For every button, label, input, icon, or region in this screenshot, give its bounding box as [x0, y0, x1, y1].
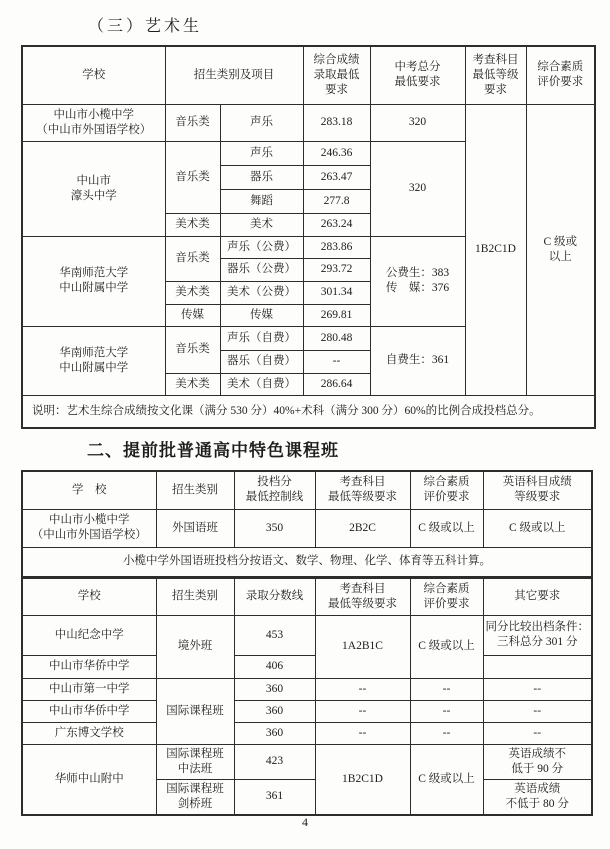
subject-grade-cell: 1B2C1D — [465, 104, 526, 395]
column-header: 中考总分 最低要求 — [370, 46, 465, 104]
school-cell: 华师中山附中 — [22, 744, 156, 815]
subject-grade-cell: 1B2C1D — [315, 744, 410, 815]
subject-grade-cell: -- — [315, 678, 410, 700]
min-total-cell: 320 — [370, 141, 465, 236]
score-cell: 286.64 — [303, 373, 370, 395]
school-cell: 广东博文学校 — [22, 722, 156, 744]
score-cell: 283.18 — [303, 104, 370, 141]
program-cell: 美术 — [220, 213, 303, 236]
table-header-row: 学校 招生类别 录取分数线 考查科目 最低等级要求 综合素质 评价要求 其它要求 — [22, 578, 592, 615]
international-class-table: 学校 招生类别 录取分数线 考查科目 最低等级要求 综合素质 评价要求 其它要求… — [21, 577, 593, 816]
foreign-language-class-table: 学 校 招生类别 投档分 最低控制线 考查科目 最低等级要求 综合素质 评价要求… — [21, 470, 593, 578]
table-header-row: 学校 招生类别及项目 综合成绩 录取最低 要求 中考总分 最低要求 考查科目 最… — [22, 46, 595, 104]
column-header: 其它要求 — [483, 578, 592, 615]
score-cell: 263.24 — [303, 213, 370, 236]
other-requirement-cell: 英语成绩不 低于 90 分 — [483, 744, 592, 779]
category-cell: 传媒 — [165, 304, 220, 326]
other-requirement-cell: 同分比较出档条件： 三科总分 301 分 — [483, 615, 592, 655]
min-total-cell: 320 — [370, 104, 465, 141]
column-header: 录取分数线 — [234, 578, 315, 615]
quality-eval-cell: -- — [410, 700, 483, 722]
program-cell: 器乐（公费） — [220, 258, 303, 281]
column-header: 综合成绩 录取最低 要求 — [303, 46, 370, 104]
program-cell: 器乐（自费） — [220, 350, 303, 373]
school-cell: 华南师范大学 中山附属中学 — [22, 236, 165, 326]
score-cell: 269.81 — [303, 304, 370, 326]
category-cell: 音乐类 — [165, 326, 220, 373]
score-cell: -- — [303, 350, 370, 373]
score-cell: 293.72 — [303, 258, 370, 281]
school-cell: 中山纪念中学 — [22, 615, 156, 655]
score-cell: 360 — [234, 722, 315, 744]
quality-eval-cell: C 级或以上 — [410, 509, 483, 547]
other-requirement-cell — [483, 655, 592, 678]
table-header-row: 学 校 招生类别 投档分 最低控制线 考查科目 最低等级要求 综合素质 评价要求… — [22, 471, 592, 509]
table-row: 中山市第一中学 国际课程班 360 -- -- -- — [22, 678, 592, 700]
score-cell: 350 — [234, 509, 315, 547]
column-header: 考查科目 最低等级 要求 — [465, 46, 526, 104]
program-cell: 声乐 — [220, 104, 303, 141]
program-cell: 声乐 — [220, 141, 303, 165]
column-header: 学校 — [22, 46, 165, 104]
category-cell: 音乐类 — [165, 104, 220, 141]
school-cell: 中山市小榄中学 （中山市外国语学校） — [22, 509, 156, 547]
table-row: 中山市华侨中学 360 -- -- -- — [22, 700, 592, 722]
document-page: （三）艺术生 学校 招生类别及项目 综合成绩 录取最低 要求 中考总分 最低要求… — [0, 0, 610, 849]
table-row: 中山纪念中学 境外班 453 1A2B1C C 级或以上 同分比较出档条件： 三… — [22, 615, 592, 655]
other-requirement-cell: -- — [483, 678, 592, 700]
school-cell: 中山市华侨中学 — [22, 700, 156, 722]
section-title-art-students: （三）艺术生 — [88, 13, 202, 36]
column-header: 综合素质 评价要求 — [526, 46, 595, 104]
program-cell: 舞蹈 — [220, 189, 303, 213]
column-header: 英语科目成绩 等级要求 — [483, 471, 592, 509]
score-cell: 283.86 — [303, 236, 370, 258]
category-cell: 国际课程班 剑桥班 — [156, 779, 234, 815]
category-cell: 音乐类 — [165, 141, 220, 213]
english-grade-cell: C 级或以上 — [483, 509, 592, 547]
table-note: 说明：艺术生综合成绩按文化课（满分 530 分）40%+术科（满分 300 分）… — [22, 395, 595, 428]
column-header: 考查科目 最低等级要求 — [315, 578, 410, 615]
school-cell: 中山市华侨中学 — [22, 655, 156, 678]
score-cell: 406 — [234, 655, 315, 678]
column-header: 招生类别 — [156, 578, 234, 615]
column-header: 招生类别及项目 — [165, 46, 303, 104]
program-cell: 美术（公费） — [220, 281, 303, 304]
table-row: 中山市小榄中学 （中山市外国语学校） 外国语班 350 2B2C C 级或以上 … — [22, 509, 592, 547]
quality-eval-cell: C 级或以上 — [410, 744, 483, 815]
subject-grade-cell: 2B2C — [315, 509, 410, 547]
column-header: 综合素质 评价要求 — [410, 471, 483, 509]
quality-eval-cell: -- — [410, 678, 483, 700]
category-cell: 美术类 — [165, 213, 220, 236]
program-cell: 传媒 — [220, 304, 303, 326]
score-cell: 280.48 — [303, 326, 370, 350]
table-note-row: 说明：艺术生综合成绩按文化课（满分 530 分）40%+术科（满分 300 分）… — [22, 395, 595, 428]
school-cell: 中山市小榄中学 （中山市外国语学校） — [22, 104, 165, 141]
art-students-table: 学校 招生类别及项目 综合成绩 录取最低 要求 中考总分 最低要求 考查科目 最… — [21, 45, 596, 429]
table-note-row: 小榄中学外国语班投档分按语文、数学、物理、化学、体育等五科计算。 — [22, 547, 592, 577]
table-row: 广东博文学校 360 -- -- -- — [22, 722, 592, 744]
program-cell: 声乐（公费） — [220, 236, 303, 258]
category-cell: 美术类 — [165, 373, 220, 395]
category-cell: 音乐类 — [165, 236, 220, 281]
subject-grade-cell: -- — [315, 722, 410, 744]
table-row: 华师中山附中 国际课程班 中法班 423 1B2C1D C 级或以上 英语成绩不… — [22, 744, 592, 779]
table-row: 中山市小榄中学 （中山市外国语学校） 音乐类 声乐 283.18 320 1B2… — [22, 104, 595, 141]
column-header: 投档分 最低控制线 — [234, 471, 315, 509]
score-cell: 453 — [234, 615, 315, 655]
section-title-special-programs: 二、提前批普通高中特色课程班 — [87, 436, 339, 461]
column-header: 学校 — [22, 578, 156, 615]
quality-eval-cell: C 级或 以上 — [526, 104, 595, 395]
score-cell: 246.36 — [303, 141, 370, 165]
school-cell: 华南师范大学 中山附属中学 — [22, 326, 165, 395]
score-cell: 301.34 — [303, 281, 370, 304]
score-cell: 360 — [234, 700, 315, 722]
program-cell: 美术（自费） — [220, 373, 303, 395]
category-cell: 美术类 — [165, 281, 220, 304]
quality-eval-cell: C 级或以上 — [410, 615, 483, 678]
quality-eval-cell: -- — [410, 722, 483, 744]
score-cell: 423 — [234, 744, 315, 779]
score-cell: 360 — [234, 678, 315, 700]
other-requirement-cell: 英语成绩 不低于 80 分 — [483, 779, 592, 815]
category-cell: 国际课程班 — [156, 678, 234, 744]
column-header: 综合素质 评价要求 — [410, 578, 483, 615]
table-note: 小榄中学外国语班投档分按语文、数学、物理、化学、体育等五科计算。 — [22, 547, 592, 577]
other-requirement-cell: -- — [483, 722, 592, 744]
category-cell: 国际课程班 中法班 — [156, 744, 234, 779]
category-cell: 境外班 — [156, 615, 234, 678]
table-row: 中山市华侨中学 406 — [22, 655, 592, 678]
other-requirement-cell: -- — [483, 700, 592, 722]
category-cell: 外国语班 — [156, 509, 234, 547]
special-programs-tables: 学 校 招生类别 投档分 最低控制线 考查科目 最低等级要求 综合素质 评价要求… — [21, 470, 591, 816]
program-cell: 器乐 — [220, 165, 303, 189]
page-number: 4 — [0, 815, 610, 830]
subject-grade-cell: -- — [315, 700, 410, 722]
column-header: 学 校 — [22, 471, 156, 509]
score-cell: 277.8 — [303, 189, 370, 213]
score-cell: 263.47 — [303, 165, 370, 189]
column-header: 招生类别 — [156, 471, 234, 509]
column-header: 考查科目 最低等级要求 — [315, 471, 410, 509]
min-total-cell: 公费生：383 传 媒：376 — [370, 236, 465, 326]
min-total-cell: 自费生：361 — [370, 326, 465, 395]
school-cell: 中山市第一中学 — [22, 678, 156, 700]
program-cell: 声乐（自费） — [220, 326, 303, 350]
subject-grade-cell: 1A2B1C — [315, 615, 410, 678]
school-cell: 中山市 濠头中学 — [22, 141, 165, 236]
score-cell: 361 — [234, 779, 315, 815]
